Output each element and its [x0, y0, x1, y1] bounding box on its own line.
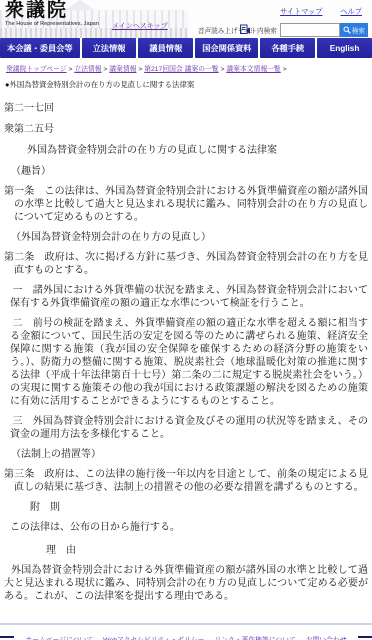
doc-paragraph-article: 第一条 この法律は、外国為替資金特別会計における外貨準備資産の額が諸外国の水準と… [4, 185, 368, 224]
doc-paragraph-item: 一 諸外国における外貨準備の状況を踏まえ、外国為替資金特別会計において保有する外… [4, 284, 368, 310]
site-logo-title: 衆議院 [5, 1, 99, 21]
doc-paragraph-fusoku: 附 則 [30, 501, 368, 514]
doc-paragraph-article: 第三条 政府は、この法律の施行後一年以内を目途として、前条の規定による見直しの結… [4, 468, 368, 494]
doc-paragraph-heading: （趣旨） [11, 165, 368, 178]
doc-paragraph-item: 三 外国為替資金特別会計における資金及びその運用の状況等を踏まえ、その資金の運用… [4, 415, 368, 441]
nav-item[interactable]: 国会関係資料 [195, 38, 258, 58]
doc-paragraph-reason-head: 理 由 [46, 544, 368, 557]
breadcrumb: 衆議院トップページ > 立法情報 > 議案情報 > 第217回国会 議案の一覧 … [6, 65, 372, 74]
nav-item[interactable]: 立法情報 [82, 38, 137, 58]
doc-paragraph-reason: 外国為替資金特別会計における外貨準備資産の額が諸外国の水準と比較して過大と見込ま… [4, 564, 368, 603]
help-link[interactable]: ヘルプ [340, 7, 362, 16]
footer-separator [0, 623, 372, 625]
breadcrumb-link[interactable]: 議案本文情報一覧 [226, 66, 280, 73]
breadcrumb-link[interactable]: 衆議院トップページ [6, 66, 67, 73]
doc-paragraph-heading: （外国為替資金特別会計の在り方の見直し） [11, 231, 368, 244]
doc-paragraph-article: 第二条 政府は、次に掲げる方針に基づき、外国為替資金特別会計の在り方を見直すもの… [4, 251, 368, 277]
doc-paragraph-heading: （法制上の措置等） [11, 448, 368, 461]
nav-item[interactable]: 議員情報 [138, 38, 193, 58]
site-header: 衆議院 The House of Representatives, Japan … [0, 0, 372, 38]
site-logo[interactable]: 衆議院 The House of Representatives, Japan [5, 1, 99, 27]
nav-item[interactable]: 本会議・委員会等 [0, 38, 80, 58]
doc-paragraph-title: 外国為替資金特別会計の在り方の見直しに関する法律案 [27, 144, 368, 157]
site-search-label: サイト内検索 [238, 25, 277, 35]
current-bill-title: ●外国為替資金特別会計の在り方の見直しに関する法律案 [5, 79, 372, 90]
bill-document: 第二一七回衆第二五号外国為替資金特別会計の在り方の見直しに関する法律案（趣旨）第… [0, 102, 372, 603]
nav-item[interactable]: 各種手続 [260, 38, 315, 58]
breadcrumb-link[interactable]: 第217回国会 議案の一覧 [144, 66, 218, 73]
nav-item[interactable]: English [317, 38, 372, 58]
site-logo-subtitle: The House of Representatives, Japan [5, 21, 99, 27]
site-footer: ホームページについてWebアクセシビリティ・ポリシーリンク・著作権等についてお問… [0, 629, 372, 640]
breadcrumb-separator: > [281, 66, 287, 73]
breadcrumb-link[interactable]: 立法情報 [74, 66, 101, 73]
doc-paragraph-plain: 衆第二五号 [4, 123, 368, 136]
breadcrumb-link[interactable]: 議案情報 [109, 66, 136, 73]
doc-paragraph-indent1: この法律は、公布の日から施行する。 [4, 521, 368, 534]
search-button[interactable]: 検索 [340, 23, 368, 37]
page: 衆議院 The House of Representatives, Japan … [0, 0, 372, 640]
doc-paragraph-item: 二 前号の検証を踏まえ、外貨準備資産の額の適正な水準を超える額に相当する金額につ… [4, 317, 368, 408]
sitemap-link[interactable]: サイトマップ [280, 7, 322, 16]
skip-to-main-link[interactable]: メインへスキップ [112, 21, 168, 31]
header-utility-links: サイトマップ ヘルプ [264, 7, 362, 17]
main-nav: 本会議・委員会等立法情報議員情報国会関係資料各種手続English [0, 38, 372, 58]
site-search: サイト内検索 検索 [238, 23, 368, 37]
search-button-label: 検索 [352, 25, 365, 35]
magnifier-icon [343, 26, 351, 34]
site-search-input[interactable] [280, 23, 340, 37]
tts-label: 音声読み上げ [198, 25, 238, 35]
doc-paragraph-plain: 第二一七回 [4, 102, 368, 115]
footer-links: ホームページについてWebアクセシビリティ・ポリシーリンク・著作権等についてお問… [14, 634, 357, 640]
